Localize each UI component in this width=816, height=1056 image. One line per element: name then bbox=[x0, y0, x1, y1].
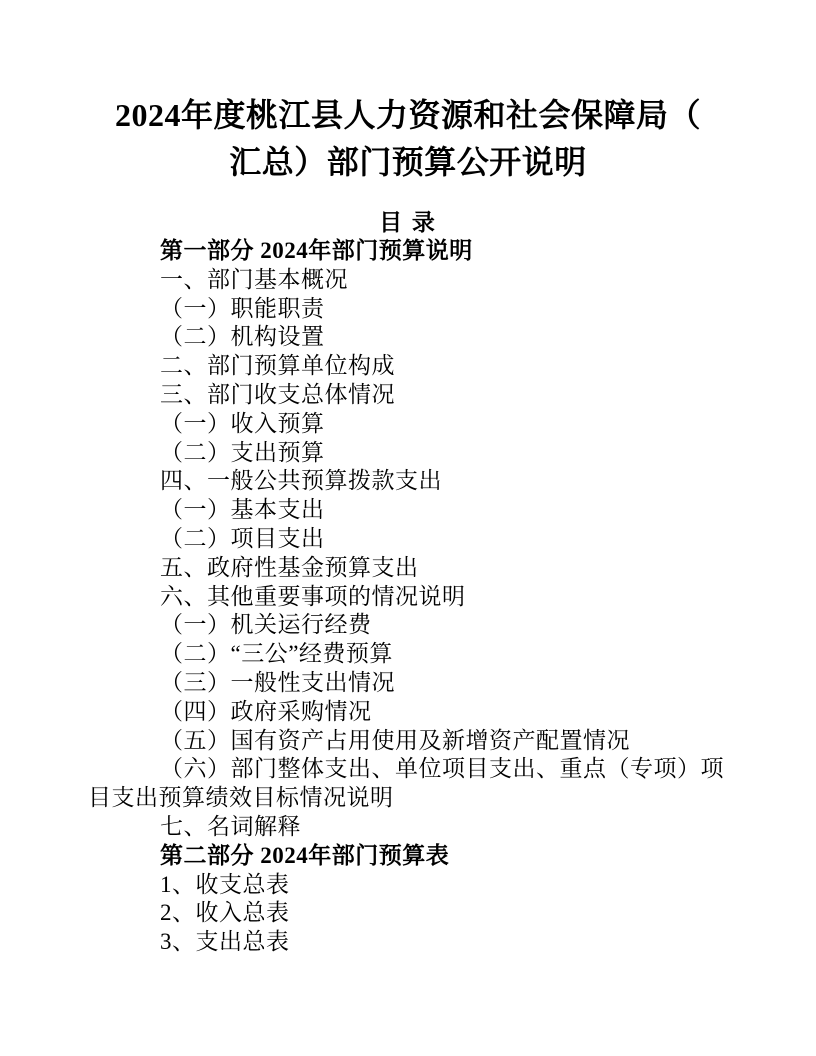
toc-item-12: 五、政府性基金预算支出 bbox=[88, 554, 728, 583]
toc-item-14: （一）机关运行经费 bbox=[88, 611, 728, 640]
toc-item-18: （五）国有资产占用使用及新增资产配置情况 bbox=[88, 727, 728, 756]
toc-item-15: （二）“三公”经费预算 bbox=[88, 640, 728, 669]
document-title-line1: 2024年度桃江县人力资源和社会保障局（ bbox=[88, 92, 728, 139]
toc-item-23: 2、收入总表 bbox=[88, 899, 728, 928]
toc-item-17: （四）政府采购情况 bbox=[88, 698, 728, 727]
toc-item-1: 第一部分 2024年部门预算说明 bbox=[88, 237, 728, 266]
toc-item-11: （二）项目支出 bbox=[88, 525, 728, 554]
toc-item-2: 一、部门基本概况 bbox=[88, 266, 728, 295]
toc-item-10: （一）基本支出 bbox=[88, 496, 728, 525]
toc-item-4: （二）机构设置 bbox=[88, 323, 728, 352]
toc-item-20: 七、名词解释 bbox=[88, 813, 728, 842]
document-title: 2024年度桃江县人力资源和社会保障局（ 汇总）部门预算公开说明 bbox=[88, 92, 728, 186]
toc-item-16: （三）一般性支出情况 bbox=[88, 669, 728, 698]
toc-item-3: （一）职能职责 bbox=[88, 295, 728, 324]
toc-item-22: 1、收支总表 bbox=[88, 871, 728, 900]
document-title-line2: 汇总）部门预算公开说明 bbox=[88, 139, 728, 186]
toc-item-5: 二、部门预算单位构成 bbox=[88, 352, 728, 381]
document-page: 2024年度桃江县人力资源和社会保障局（ 汇总）部门预算公开说明 目 录 第一部… bbox=[0, 0, 816, 1056]
toc-item-6: 三、部门收支总体情况 bbox=[88, 381, 728, 410]
toc-item-7: （一）收入预算 bbox=[88, 410, 728, 439]
toc-list: 第一部分 2024年部门预算说明一、部门基本概况（一）职能职责（二）机构设置二、… bbox=[88, 237, 728, 957]
toc-item-13: 六、其他重要事项的情况说明 bbox=[88, 583, 728, 612]
toc-item-9: 四、一般公共预算拨款支出 bbox=[88, 467, 728, 496]
toc-heading: 目 录 bbox=[88, 208, 728, 237]
toc-item-21: 第二部分 2024年部门预算表 bbox=[88, 842, 728, 871]
toc-item-8: （二）支出预算 bbox=[88, 439, 728, 468]
toc-item-19: （六）部门整体支出、单位项目支出、重点（专项）项目支出预算绩效目标情况说明 bbox=[88, 755, 728, 813]
toc-item-24: 3、支出总表 bbox=[88, 928, 728, 957]
